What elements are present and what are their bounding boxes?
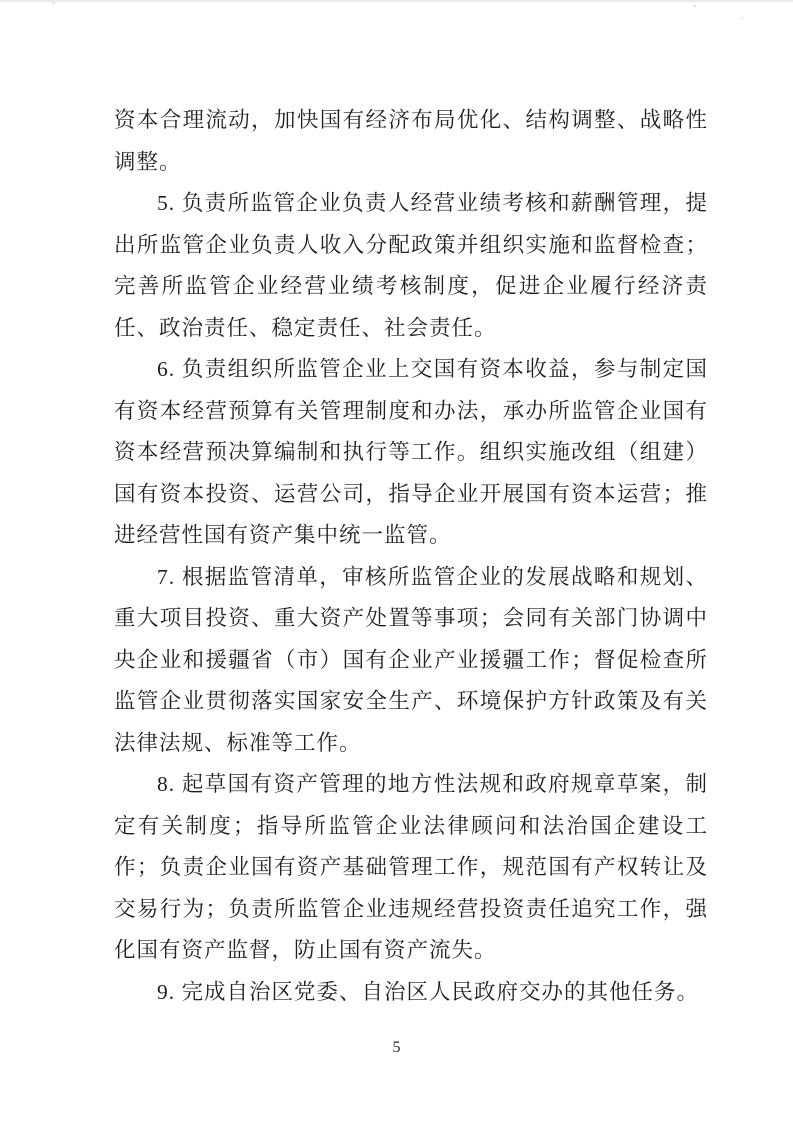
document-line-item-9: 9. 完成自治区党委、自治区人民政府交办的其他任务。 [114,972,708,1014]
document-line: 化国有资产监督，防止国有资产流失。 [114,930,708,972]
document-line: 监管企业贯彻落实国家安全生产、环境保护方针政策及有关 [114,681,708,723]
document-line: 进经营性国有资产集中统一监管。 [114,515,708,557]
document-line: 调整。 [114,142,708,184]
document-line: 重大项目投资、重大资产处置等事项；会同有关部门协调中 [114,598,708,640]
document-line: 交易行为；负责所监管企业违规经营投资责任追究工作，强 [114,889,708,931]
document-line: 定有关制度；指导所监管企业法律顾问和法治国企建设工 [114,806,708,848]
page-number: 5 [0,1038,793,1058]
scan-artifact [693,5,696,7]
document-line: 作；负责企业国有资产基础管理工作，规范国有产权转让及 [114,847,708,889]
document-line: 资本合理流动，加快国有经济布局优化、结构调整、战略性 [114,100,708,142]
scan-artifact [741,17,743,19]
document-line-item-7-start: 7. 根据监管清单，审核所监管企业的发展战略和规划、 [114,557,708,599]
document-line-item-8-start: 8. 起草国有资产管理的地方性法规和政府规章草案，制 [114,764,708,806]
document-line: 任、政治责任、稳定责任、社会责任。 [114,308,708,350]
document-body: 资本合理流动，加快国有经济布局优化、结构调整、战略性 调整。 5. 负责所监管企… [114,100,708,1013]
document-page: 资本合理流动，加快国有经济布局优化、结构调整、战略性 调整。 5. 负责所监管企… [0,0,793,1122]
document-line: 央企业和援疆省（市）国有企业产业援疆工作；督促检查所 [114,640,708,682]
document-line: 有资本经营预算有关管理制度和办法，承办所监管企业国有 [114,391,708,433]
document-line: 法律法规、标准等工作。 [114,723,708,765]
document-line: 资本经营预决算编制和执行等工作。组织实施改组（组建） [114,432,708,474]
document-line: 完善所监管企业经营业绩考核制度，促进企业履行经济责 [114,266,708,308]
scan-artifact [52,2,55,4]
scan-edge-shadow [0,0,793,3]
document-line-item-5-start: 5. 负责所监管企业负责人经营业绩考核和薪酬管理，提 [114,183,708,225]
document-line-item-6-start: 6. 负责组织所监管企业上交国有资本收益，参与制定国 [114,349,708,391]
document-line: 国有资本投资、运营公司，指导企业开展国有资本运营；推 [114,474,708,516]
document-line: 出所监管企业负责人收入分配政策并组织实施和监督检查； [114,225,708,267]
